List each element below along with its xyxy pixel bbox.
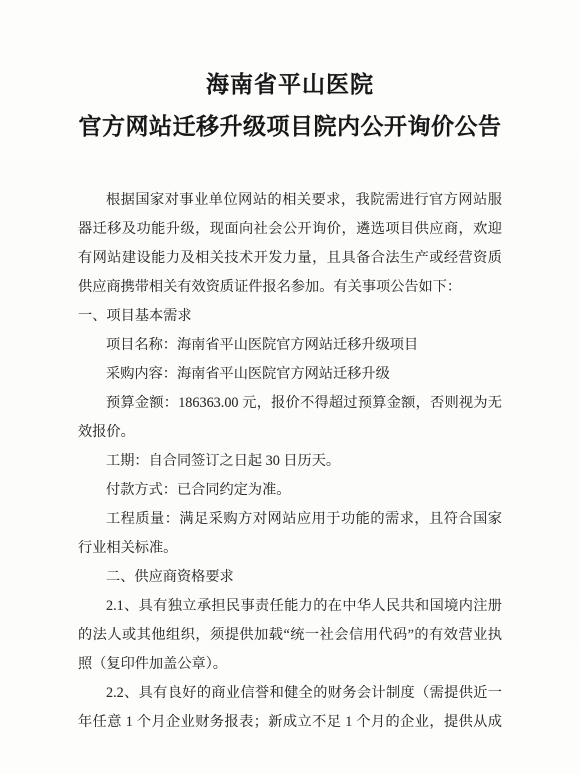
text-line: 工期：自合同签订之日起 30 日历天。 <box>78 447 502 476</box>
text-line: 二、供应商资格要求 <box>78 563 502 592</box>
text-line: 预算金额：186363.00 元，报价不得超过预算金额，否则视为无 <box>78 389 502 418</box>
text-line: 2.1、具有独立承担民事责任能力的在中华人民共和国境内注册 <box>78 592 502 621</box>
text-line: 一、项目基本需求 <box>78 302 502 331</box>
text-line: 根据国家对事业单位网站的相关要求，我院需进行官方网站服务 <box>78 186 502 215</box>
text-line: 行业相关标准。 <box>78 534 502 563</box>
text-line: 工程质量：满足采购方对网站应用于功能的需求，且符合国家及 <box>78 505 502 534</box>
text-line: 效报价。 <box>78 418 502 447</box>
document-body: 根据国家对事业单位网站的相关要求，我院需进行官方网站服务器迁移及功能升级，现面向… <box>78 186 502 737</box>
text-line: 供应商携带相关有效资质证件报名参加。有关事项公告如下： <box>78 273 502 302</box>
text-line: 有网站建设能力及相关技术开发力量，且具备合法生产或经营资质的 <box>78 244 502 273</box>
text-line: 的法人或其他组织，须提供加载“统一社会信用代码”的有效营业执 <box>78 621 502 650</box>
text-line: 项目名称：海南省平山医院官方网站迁移升级项目 <box>78 331 502 360</box>
doc-title-line-2: 官方网站迁移升级项目院内公开询价公告 <box>0 112 580 142</box>
document-page: 海南省平山医院 官方网站迁移升级项目院内公开询价公告 根据国家对事业单位网站的相… <box>0 0 580 774</box>
text-line: 2.2、具有良好的商业信誉和健全的财务会计制度（需提供近一 <box>78 679 502 708</box>
text-line: 采购内容：海南省平山医院官方网站迁移升级 <box>78 360 502 389</box>
text-line: 器迁移及功能升级，现面向社会公开询价，遴选项目供应商，欢迎具 <box>78 215 502 244</box>
text-line: 照（复印件加盖公章）。 <box>78 650 502 679</box>
doc-title-line-1: 海南省平山医院 <box>0 0 580 100</box>
text-line: 年任意 1 个月企业财务报表；新成立不足 1 个月的企业，提供从成立 <box>78 708 502 737</box>
text-line: 付款方式：已合同约定为准。 <box>78 476 502 505</box>
